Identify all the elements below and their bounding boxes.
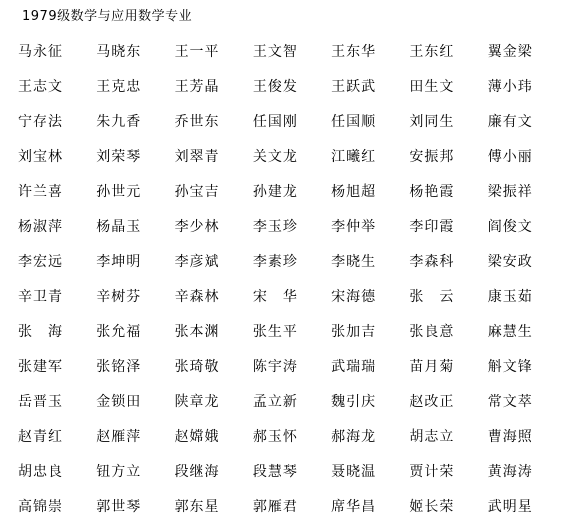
name-cell: 王文智 <box>251 44 329 60</box>
name-cell: 张 云 <box>407 289 485 305</box>
name-cell: 李森科 <box>407 254 485 270</box>
name-cell: 刘宝林 <box>16 149 94 165</box>
name-cell: 傅小丽 <box>486 149 564 165</box>
name-cell: 张铭泽 <box>94 359 172 375</box>
name-cell: 钮方立 <box>94 464 172 480</box>
name-cell: 辛森林 <box>173 289 251 305</box>
name-cell: 田生文 <box>407 79 485 95</box>
name-cell: 马晓东 <box>94 44 172 60</box>
name-cell: 安振邦 <box>407 149 485 165</box>
name-cell: 辛树芬 <box>94 289 172 305</box>
name-cell: 李少林 <box>173 219 251 235</box>
name-cell: 张生平 <box>251 324 329 340</box>
name-cell: 杨晶玉 <box>94 219 172 235</box>
name-cell: 张建军 <box>16 359 94 375</box>
name-cell: 赵青红 <box>16 429 94 445</box>
name-cell: 许兰喜 <box>16 184 94 200</box>
name-row: 岳晋玉金锁田陕章龙孟立新魏引庆赵改正常文萃 <box>16 384 564 419</box>
name-cell: 马永征 <box>16 44 94 60</box>
page-title: 1979级数学与应用数学专业 <box>22 8 564 26</box>
name-cell: 关文龙 <box>251 149 329 165</box>
name-cell: 郭世琴 <box>94 499 172 515</box>
name-cell: 段慧琴 <box>251 464 329 480</box>
name-cell: 胡志立 <box>407 429 485 445</box>
name-cell: 张允福 <box>94 324 172 340</box>
name-row: 许兰喜孙世元孙宝吉孙建龙杨旭超杨艳霞梁振祥 <box>16 174 564 209</box>
name-cell: 段继海 <box>173 464 251 480</box>
name-cell: 金锁田 <box>94 394 172 410</box>
name-cell: 刘同生 <box>407 114 485 130</box>
name-cell: 辛卫青 <box>16 289 94 305</box>
name-cell: 王跃武 <box>329 79 407 95</box>
name-cell: 武明星 <box>486 499 564 515</box>
name-cell: 麻慧生 <box>486 324 564 340</box>
name-cell: 康玉茹 <box>486 289 564 305</box>
name-cell: 王一平 <box>173 44 251 60</box>
name-cell: 贾计荣 <box>407 464 485 480</box>
name-cell: 陕章龙 <box>173 394 251 410</box>
name-cell: 李宏远 <box>16 254 94 270</box>
name-cell: 廉有文 <box>486 114 564 130</box>
name-row: 马永征马晓东王一平王文智王东华王东红翼金梁 <box>16 34 564 69</box>
name-cell: 胡忠良 <box>16 464 94 480</box>
name-cell: 武瑞瑞 <box>329 359 407 375</box>
document-page: 1979级数学与应用数学专业 马永征马晓东王一平王文智王东华王东红翼金梁王志文王… <box>0 0 580 521</box>
name-cell: 席华昌 <box>329 499 407 515</box>
name-row: 李宏远李坤明李彦斌李素珍李晓生李森科梁安政 <box>16 244 564 279</box>
name-row: 宁存法朱九香乔世东任国刚任国顺刘同生廉有文 <box>16 104 564 139</box>
name-cell: 李印霞 <box>407 219 485 235</box>
name-cell: 魏引庆 <box>329 394 407 410</box>
name-cell: 阎俊文 <box>486 219 564 235</box>
name-cell: 宋海德 <box>329 289 407 305</box>
name-cell: 任国刚 <box>251 114 329 130</box>
name-row: 王志文王克忠王芳晶王俊发王跃武田生文薄小玮 <box>16 69 564 104</box>
name-cell: 李仲举 <box>329 219 407 235</box>
name-row: 胡忠良钮方立段继海段慧琴聂晓温贾计荣黄海涛 <box>16 454 564 489</box>
name-cell: 李玉珍 <box>251 219 329 235</box>
name-cell: 张本渊 <box>173 324 251 340</box>
name-cell: 宁存法 <box>16 114 94 130</box>
name-cell: 苗月菊 <box>407 359 485 375</box>
name-cell: 薄小玮 <box>486 79 564 95</box>
name-cell: 郭东星 <box>173 499 251 515</box>
name-cell: 刘翠青 <box>173 149 251 165</box>
name-grid: 马永征马晓东王一平王文智王东华王东红翼金梁王志文王克忠王芳晶王俊发王跃武田生文薄… <box>16 34 564 521</box>
name-cell: 陈宇涛 <box>251 359 329 375</box>
name-cell: 翼金梁 <box>486 44 564 60</box>
name-cell: 斛文锋 <box>486 359 564 375</box>
name-cell: 王东红 <box>407 44 485 60</box>
name-cell: 郝玉怀 <box>251 429 329 445</box>
name-cell: 岳晋玉 <box>16 394 94 410</box>
name-cell: 梁振祥 <box>486 184 564 200</box>
name-cell: 曹海照 <box>486 429 564 445</box>
name-cell: 杨旭超 <box>329 184 407 200</box>
name-cell: 郝海龙 <box>329 429 407 445</box>
name-cell: 梁安政 <box>486 254 564 270</box>
name-cell: 杨淑萍 <box>16 219 94 235</box>
name-cell: 孟立新 <box>251 394 329 410</box>
name-cell: 江曦红 <box>329 149 407 165</box>
name-cell: 张 海 <box>16 324 94 340</box>
name-cell: 郭雁君 <box>251 499 329 515</box>
name-row: 张建军张铭泽张琦敬陈宇涛武瑞瑞苗月菊斛文锋 <box>16 349 564 384</box>
name-cell: 李晓生 <box>329 254 407 270</box>
name-cell: 乔世东 <box>173 114 251 130</box>
name-cell: 任国顺 <box>329 114 407 130</box>
name-cell: 王克忠 <box>94 79 172 95</box>
name-cell: 李彦斌 <box>173 254 251 270</box>
name-cell: 高锦崇 <box>16 499 94 515</box>
name-cell: 李坤明 <box>94 254 172 270</box>
name-cell: 赵嫦娥 <box>173 429 251 445</box>
name-row: 张 海张允福张本渊张生平张加吉张良意麻慧生 <box>16 314 564 349</box>
name-cell: 孙宝吉 <box>173 184 251 200</box>
name-cell: 聂晓温 <box>329 464 407 480</box>
name-cell: 朱九香 <box>94 114 172 130</box>
name-row: 杨淑萍杨晶玉李少林李玉珍李仲举李印霞阎俊文 <box>16 209 564 244</box>
name-row: 辛卫青辛树芬辛森林宋 华宋海德张 云康玉茹 <box>16 279 564 314</box>
name-cell: 李素珍 <box>251 254 329 270</box>
name-row: 刘宝林刘荣琴刘翠青关文龙江曦红安振邦傅小丽 <box>16 139 564 174</box>
name-cell: 孙建龙 <box>251 184 329 200</box>
name-cell: 杨艳霞 <box>407 184 485 200</box>
name-cell: 赵改正 <box>407 394 485 410</box>
name-cell: 张加吉 <box>329 324 407 340</box>
name-row: 赵青红赵雁萍赵嫦娥郝玉怀郝海龙胡志立曹海照 <box>16 419 564 454</box>
name-cell: 黄海涛 <box>486 464 564 480</box>
name-cell: 孙世元 <box>94 184 172 200</box>
name-cell: 王芳晶 <box>173 79 251 95</box>
name-cell: 王俊发 <box>251 79 329 95</box>
name-row: 高锦崇郭世琴郭东星郭雁君席华昌姬长荣武明星 <box>16 489 564 521</box>
name-cell: 王东华 <box>329 44 407 60</box>
name-cell: 赵雁萍 <box>94 429 172 445</box>
name-cell: 姬长荣 <box>407 499 485 515</box>
name-cell: 宋 华 <box>251 289 329 305</box>
name-cell: 常文萃 <box>486 394 564 410</box>
name-cell: 刘荣琴 <box>94 149 172 165</box>
name-cell: 张琦敬 <box>173 359 251 375</box>
name-cell: 张良意 <box>407 324 485 340</box>
name-cell: 王志文 <box>16 79 94 95</box>
